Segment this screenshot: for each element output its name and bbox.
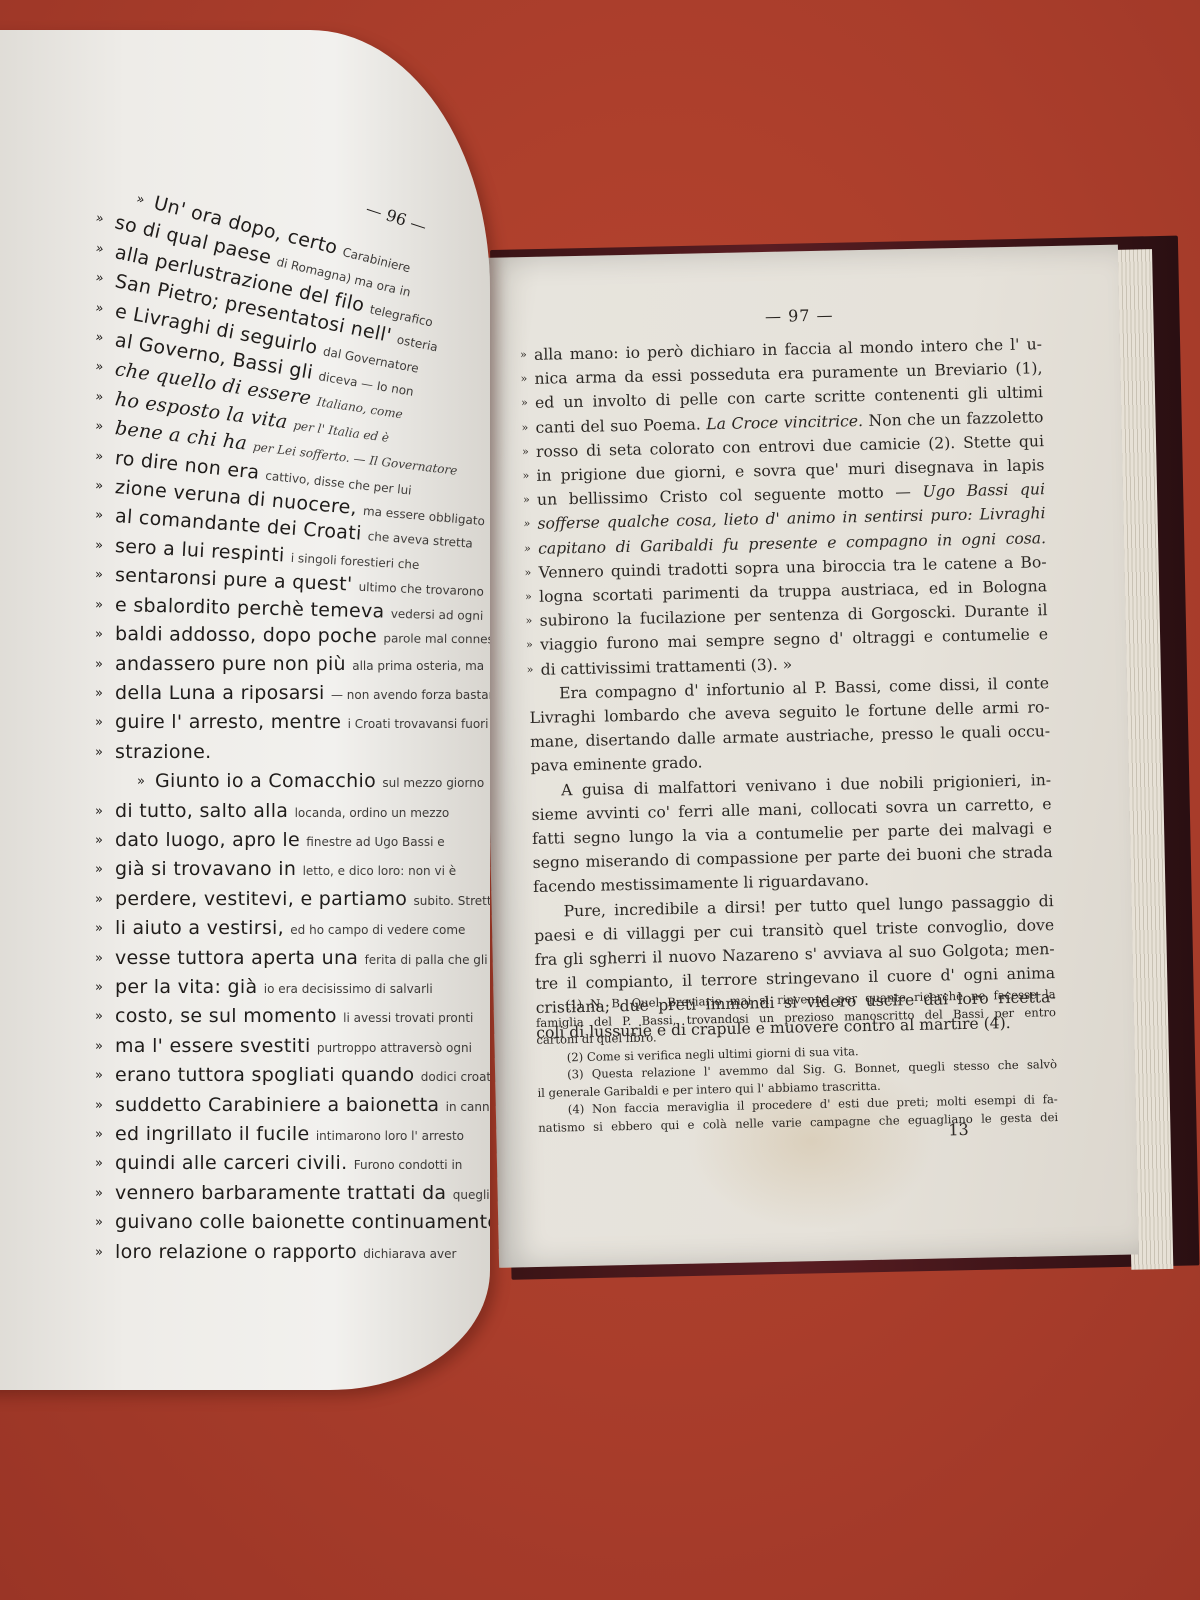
text-line: costo, se sul momento li avessi trovati … xyxy=(115,1003,490,1032)
text-line: della Luna a riposarsi — non avendo forz… xyxy=(115,680,490,709)
text-line: vesse tuttora aperta una ferita di palla… xyxy=(115,945,490,974)
text-span: canti del suo Poema. xyxy=(535,415,706,437)
text-line: guire l' arresto, mentre i Croati trovav… xyxy=(115,709,490,738)
page-96-body-text: Un' ora dopo, certo Carabiniereso di qua… xyxy=(115,180,490,1268)
page-97-body-text: alla mano: io però dichiaro in faccia al… xyxy=(522,332,1057,1045)
signature-mark: 13 xyxy=(948,1120,969,1139)
photo-scene: — 97 — alla mano: io però dichiaro in fa… xyxy=(0,0,1200,1600)
text-line: andassero pure non più alla prima osteri… xyxy=(115,651,490,680)
text-line: di tutto, salto alla locanda, ordino un … xyxy=(115,798,490,827)
text-line: li aiuto a vestirsi, ed ho campo di vede… xyxy=(115,915,490,944)
text-line: perdere, vestitevi, e partiamo subito. S… xyxy=(115,886,490,915)
text-line: suddetto Carabiniere a baionetta in cann… xyxy=(115,1092,490,1121)
text-line: vennero barbaramente trattati da quegli … xyxy=(115,1180,490,1209)
text-line: dato luogo, apro le finestre ad Ugo Bass… xyxy=(115,827,490,856)
page-97: — 97 — alla mano: io però dichiaro in fa… xyxy=(478,245,1139,1268)
text-line: loro relazione o rapporto dichiarava ave… xyxy=(115,1239,490,1268)
italic-text: Ugo Bassi qui xyxy=(922,480,1045,501)
text-line: quindi alle carceri civili. Furono condo… xyxy=(115,1150,490,1179)
page-96: — 96 — Un' ora dopo, certo Carabiniereso… xyxy=(0,30,490,1390)
italic-text: La Croce vincitrice. xyxy=(706,412,863,433)
page-number-97: — 97 — xyxy=(479,300,1119,332)
text-line: guivano colle baionette continuamente pu… xyxy=(115,1209,490,1238)
text-line: strazione. xyxy=(115,739,490,768)
text-span: Non che un fazzoletto xyxy=(863,408,1044,430)
text-line: già si trovavano in letto, e dico loro: … xyxy=(115,856,490,885)
text-line: ed ingrillato il fucile intimarono loro … xyxy=(115,1121,490,1150)
text-line: Giunto io a Comacchio sul mezzo giorno xyxy=(115,768,490,797)
text-line: erano tuttora spogliati quando dodici cr… xyxy=(115,1062,490,1091)
text-line: baldi addosso, dopo poche parole mal con… xyxy=(115,621,490,654)
page-97-footnotes: (1) N. B. Quel Breviario mai si rinvenne… xyxy=(535,986,1058,1137)
text-line: per la vita: già io era decisissimo di s… xyxy=(115,974,490,1003)
text-line: ma l' essere svestiti purtroppo attraver… xyxy=(115,1033,490,1062)
